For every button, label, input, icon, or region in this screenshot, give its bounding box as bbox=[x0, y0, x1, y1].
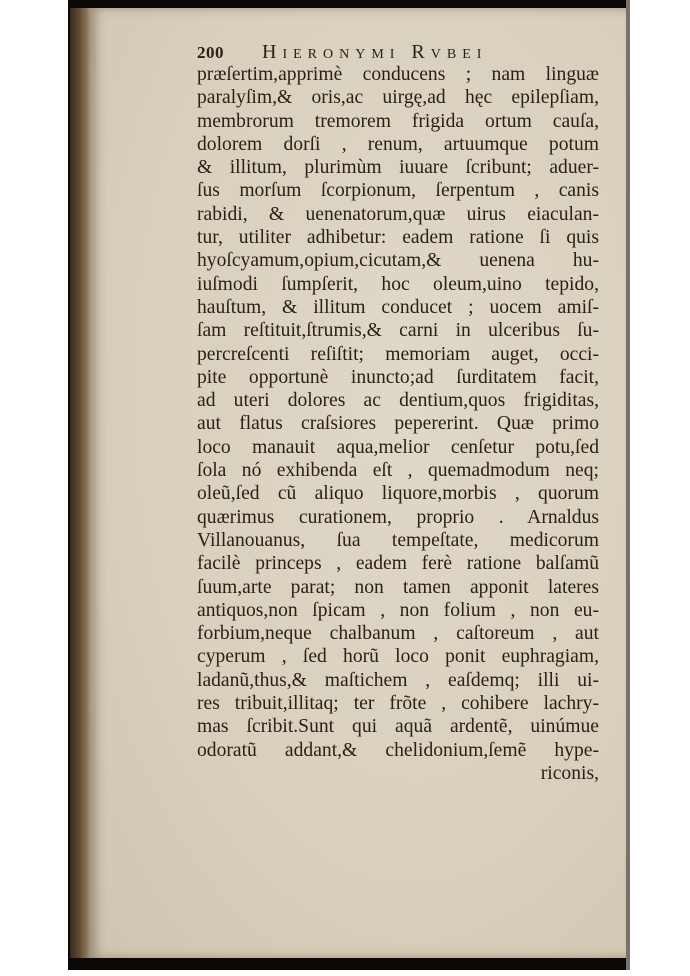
running-head: 200 Hieronymi Rvbei bbox=[197, 41, 599, 63]
text-line: antiquos,non ſpicam , non folium , non e… bbox=[197, 599, 599, 622]
page-number: 200 bbox=[197, 43, 224, 63]
text-line: ladanũ,thus,& maſtichem , eaſdemq; illi … bbox=[197, 669, 599, 692]
running-head-title: Hieronymi Rvbei bbox=[262, 41, 487, 64]
text-line: pite opportunè inuncto;ad ſurditatem fac… bbox=[197, 366, 599, 389]
text-line: loco manauit aqua,melior cenſetur potu,ſ… bbox=[197, 436, 599, 459]
text-line: ad uteri dolores ac dentium,quos frigidi… bbox=[197, 389, 599, 412]
text-line: paralyſim,& oris,ac uirgę,ad hęc epilepſ… bbox=[197, 86, 599, 109]
text-line: odoratũ addant,& chelidonium,ſemẽ hype- bbox=[197, 739, 599, 762]
text-line: quærimus curationem, proprio . Arnaldus bbox=[197, 506, 599, 529]
text-line: dolorem dorſi , renum, artuumque potum bbox=[197, 133, 599, 156]
text-line: iuſmodi ſumpſerit, hoc oleum,uino tepido… bbox=[197, 273, 599, 296]
text-line: Villanouanus, ſua tempeſtate, medicorum bbox=[197, 529, 599, 552]
text-line: rabidi, & uenenatorum,quæ uirus eiaculan… bbox=[197, 203, 599, 226]
text-line: forbium,neque chalbanum , caſtoreum , au… bbox=[197, 622, 599, 645]
text-line: facilè princeps , eadem ferè ratione bal… bbox=[197, 552, 599, 575]
text-line: percreſcenti reſiſtit; memoriam auget, o… bbox=[197, 343, 599, 366]
text-line: & illitum, plurimùm iuuare ſcribunt; adu… bbox=[197, 156, 599, 179]
text-line: præſertim,apprimè conducens ; nam linguæ bbox=[197, 63, 599, 86]
text-line: res tribuit,illitaq; ter frõte , cohiber… bbox=[197, 692, 599, 715]
page-edge bbox=[626, 0, 630, 970]
text-line: ſola nó exhibenda eſt , quemadmodum neq; bbox=[197, 459, 599, 482]
text-line: mas ſcribit.Sunt qui aquã ardentẽ, uinúm… bbox=[197, 715, 599, 738]
text-line: ſus morſum ſcorpionum, ſerpentum , canis bbox=[197, 179, 599, 202]
text-line: oleũ,ſed cũ aliquo liquore,morbis , quor… bbox=[197, 482, 599, 505]
text-line: hauſtum, & illitum conducet ; uocem amiſ… bbox=[197, 296, 599, 319]
text-line: aut flatus craſsiores pepererint. Quæ pr… bbox=[197, 412, 599, 435]
text-line: ſam reſtituit,ſtrumis,& carni in ulcerib… bbox=[197, 319, 599, 342]
text-line: cyperum , ſed horũ loco ponit euphragiam… bbox=[197, 645, 599, 668]
page-text-block: 200 Hieronymi Rvbei præſertim,apprimè co… bbox=[197, 45, 599, 785]
text-line: tur, utiliter adhibetur: eadem ratione ſ… bbox=[197, 226, 599, 249]
text-line: membrorum tremorem frigida ortum cauſa, bbox=[197, 110, 599, 133]
text-line-catchword: riconis, bbox=[197, 762, 599, 785]
text-line: hyoſcyamum,opium,cicutam,& uenena hu- bbox=[197, 249, 599, 272]
text-line: ſuum,arte parat; non tamen apponit later… bbox=[197, 576, 599, 599]
